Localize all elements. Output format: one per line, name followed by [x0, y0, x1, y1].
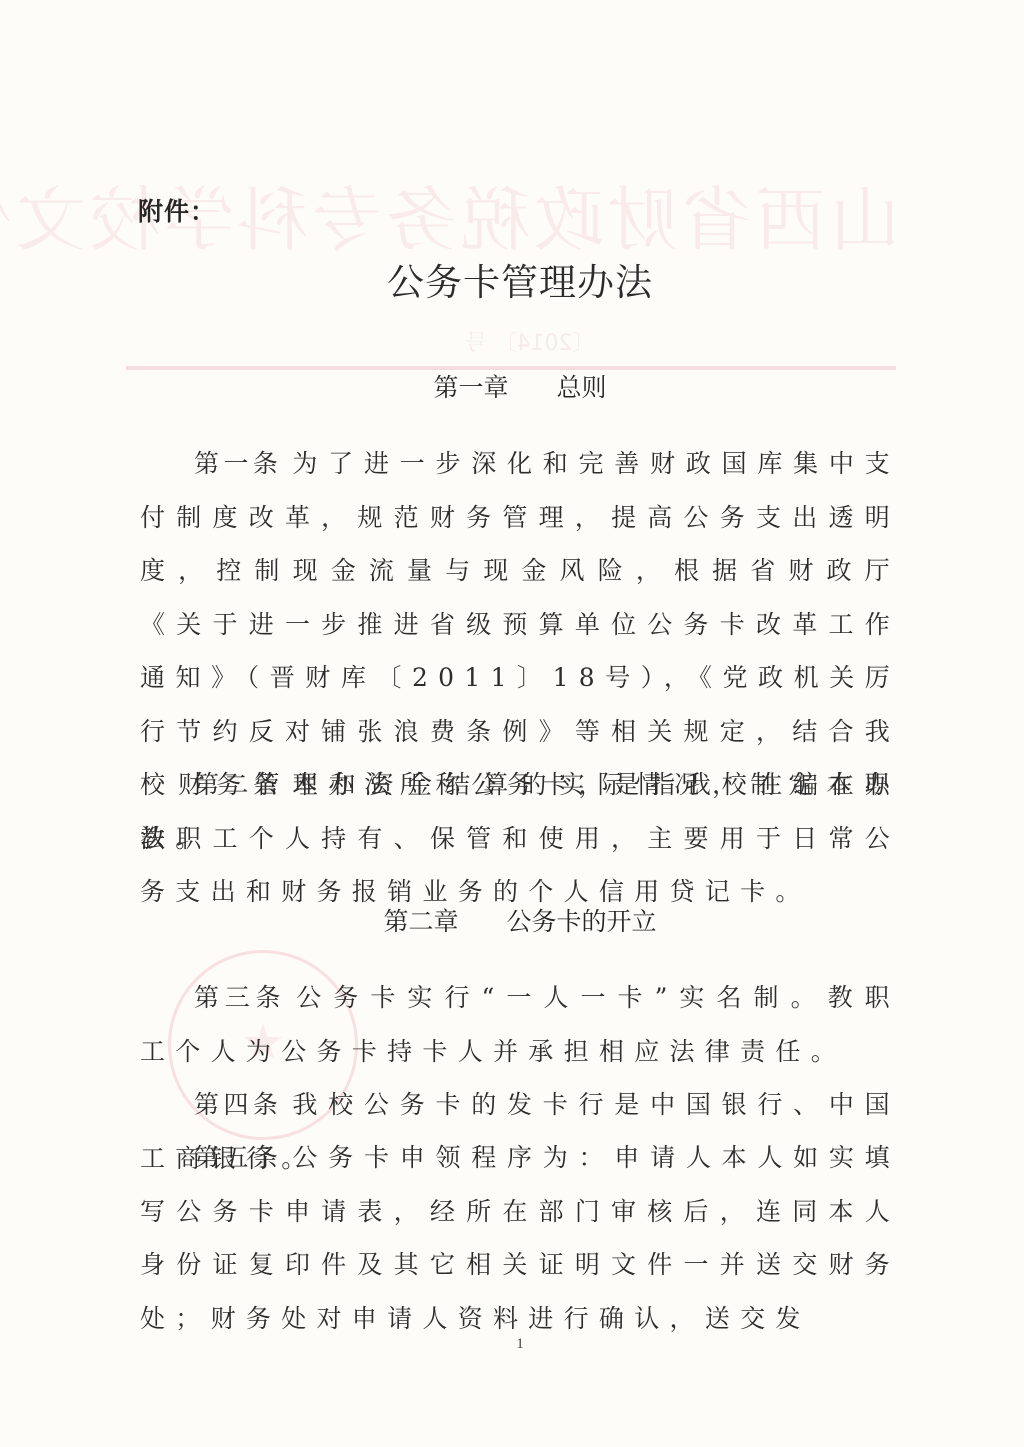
chapter-name: 总则 — [557, 373, 607, 402]
chapter-number: 第二章 — [383, 907, 458, 936]
document-page: 山西省财政税务专科学校文件 〔2014〕 号 附件： 公务卡管理办法 第一章总则… — [0, 0, 1024, 1447]
article-number: 第四条 — [194, 1090, 282, 1119]
article-number: 第五条 — [194, 1143, 282, 1172]
article-number: 第一条 — [194, 449, 282, 478]
article-number: 第二条 — [194, 770, 282, 799]
document-title: 公务卡管理办法 — [0, 252, 1024, 306]
chapter-name: 公务卡的开立 — [507, 907, 657, 936]
article-5: 第五条公务卡申领程序为：申请人本人如实填写公务卡申请表，经所在部门审核后，连同本… — [140, 1131, 900, 1345]
article-3: 第三条公务卡实行“一人一卡”实名制。教职工个人为公务卡持卡人并承担相应法律责任。 — [140, 971, 900, 1078]
chapter-heading-2: 第二章公务卡的开立 — [0, 902, 1024, 938]
page-number: 1 — [0, 1336, 1024, 1353]
article-2: 第二条本办法所称公务卡，是指我校在编在职教职工个人持有、保管和使用，主要用于日常… — [140, 758, 900, 919]
chapter-number: 第一章 — [433, 373, 508, 402]
show-through-doc-number: 〔2014〕 号 — [360, 326, 700, 352]
show-through-header: 山西省财政税务专科学校文件 — [130, 180, 900, 260]
article-number: 第三条 — [194, 983, 286, 1012]
chapter-heading-1: 第一章总则 — [0, 368, 1024, 404]
attachment-label: 附件： — [138, 192, 216, 228]
